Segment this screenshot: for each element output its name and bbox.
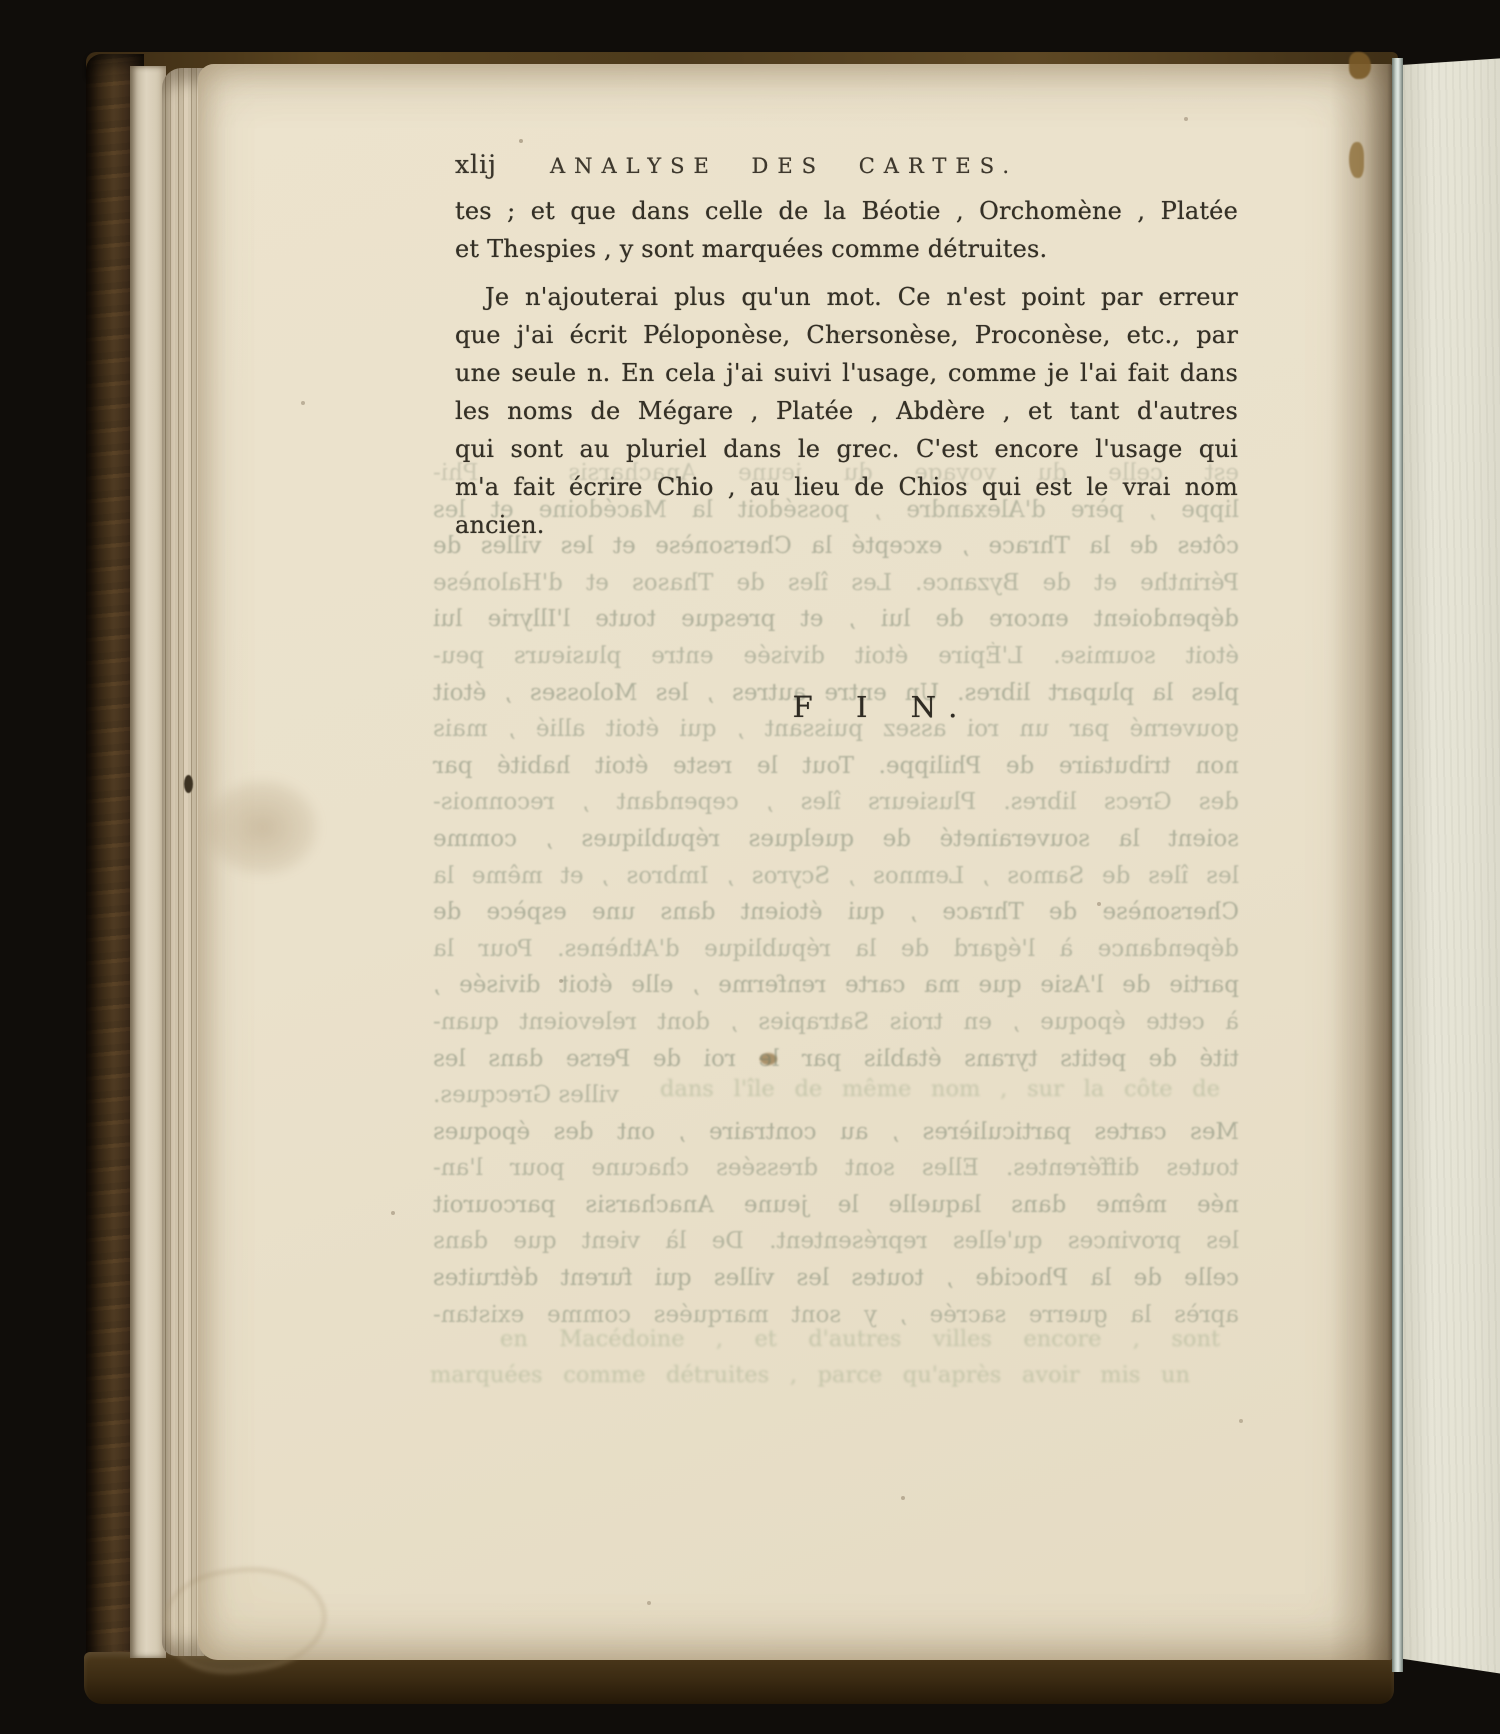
text-line: et Thespies , y sont marquées comme détr… bbox=[455, 230, 1238, 268]
paragraph: tes ; et que dans celle de la Béotie , O… bbox=[455, 192, 1238, 268]
body-text: tes ; et que dans celle de la Béotie , O… bbox=[455, 192, 1238, 544]
text-line: les noms de Mégare , Platée , Abdère , e… bbox=[455, 392, 1238, 430]
text-line: qui sont au pluriel dans le grec. C'est … bbox=[455, 430, 1238, 468]
text-line: m'a fait écrire Chio , au lieu de Chios … bbox=[455, 468, 1238, 506]
fin-marker: F I N. bbox=[492, 690, 1272, 724]
running-title: ANALYSE DES CARTES. bbox=[392, 154, 1176, 178]
showthrough-line: en Macédoine , et d'autres villes encore… bbox=[500, 1322, 1220, 1356]
text-line: tes ; et que dans celle de la Béotie , O… bbox=[455, 192, 1238, 230]
book-scan-scene: est celle du voyage du jeune Anacharsis … bbox=[0, 0, 1500, 1734]
text-line: Je n'ajouterai plus qu'un mot. Ce n'est … bbox=[455, 278, 1238, 316]
text-line: que j'ai écrit Péloponèse, Chersonèse, P… bbox=[455, 316, 1238, 354]
text-line: ancien. bbox=[455, 506, 1238, 544]
showthrough-line: marquées comme détruites , parce qu'aprè… bbox=[430, 1358, 1190, 1392]
text-line: une seule n. En cela j'ai suivi l'usage,… bbox=[455, 354, 1238, 392]
paragraph: Je n'ajouterai plus qu'un mot. Ce n'est … bbox=[455, 278, 1238, 544]
showthrough-line: dans l'île de même nom , sur la côte de bbox=[660, 1072, 1220, 1106]
